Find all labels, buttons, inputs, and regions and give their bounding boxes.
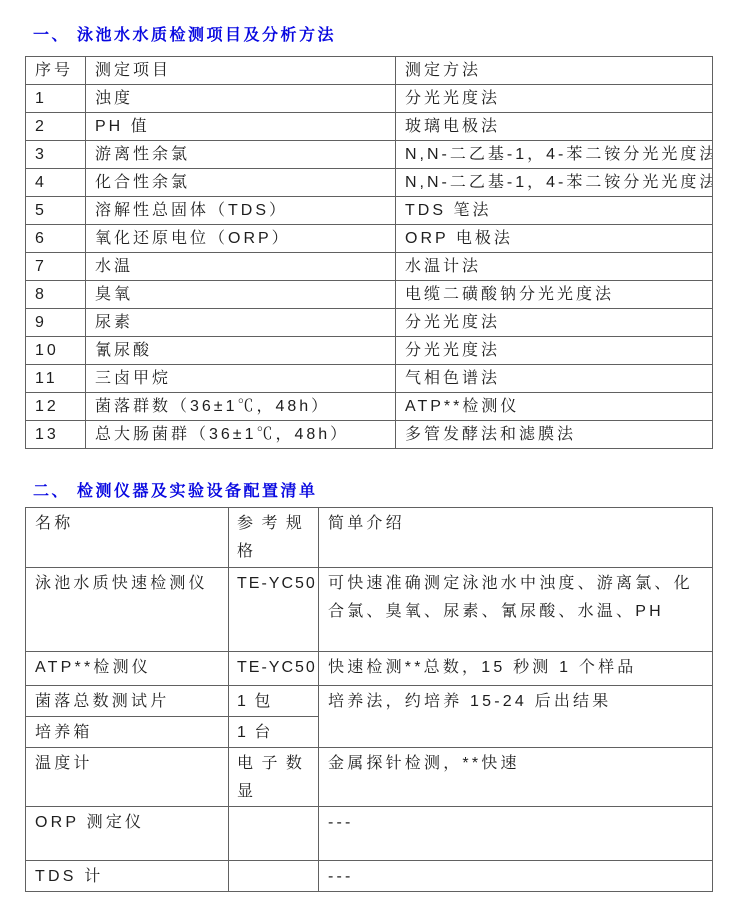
table-row: 5 溶解性总固体（TDS） TDS 笔法 — [26, 197, 713, 225]
cell-spec: TE-YC50 — [229, 652, 319, 686]
cell-intro: --- — [319, 861, 713, 892]
cell-name: 泳池水质快速检测仪 — [26, 568, 229, 652]
cell-name: ORP 测定仪 — [26, 807, 229, 861]
cell-serial: 7 — [26, 253, 86, 281]
cell-name: ATP**检测仪 — [26, 652, 229, 686]
cell-name: 菌落总数测试片 — [26, 686, 229, 717]
cell-name: TDS 计 — [26, 861, 229, 892]
cell-item: 尿素 — [86, 309, 396, 337]
table-row: 12 菌落群数（36±1℃，48h） ATP**检测仪 — [26, 393, 713, 421]
cell-item: 溶解性总固体（TDS） — [86, 197, 396, 225]
cell-serial: 10 — [26, 337, 86, 365]
col-header-serial: 序号 — [26, 57, 86, 85]
cell-item: 游离性余氯 — [86, 141, 396, 169]
table-row: ORP 测定仪 --- — [26, 807, 713, 861]
cell-item: 浊度 — [86, 85, 396, 113]
cell-item: 化合性余氯 — [86, 169, 396, 197]
cell-method: N,N-二乙基-1，4-苯二铵分光光度法 — [396, 141, 713, 169]
cell-spec — [229, 807, 319, 861]
cell-spec: 电 子 数 显 — [229, 748, 319, 807]
cell-item: 氧化还原电位（ORP） — [86, 225, 396, 253]
table-row: TDS 计 --- — [26, 861, 713, 892]
cell-intro: 可快速准确测定泳池水中浊度、游离氯、化合氯、臭氧、尿素、氰尿酸、水温、PH — [319, 568, 713, 652]
table-row: 泳池水质快速检测仪 TE-YC50 可快速准确测定泳池水中浊度、游离氯、化合氯、… — [26, 568, 713, 652]
cell-item: 总大肠菌群（36±1℃，48h） — [86, 421, 396, 449]
cell-serial: 5 — [26, 197, 86, 225]
cell-method: TDS 笔法 — [396, 197, 713, 225]
table-row: 1 浊度 分光光度法 — [26, 85, 713, 113]
cell-serial: 2 — [26, 113, 86, 141]
cell-spec: 1 包 — [229, 686, 319, 717]
cell-serial: 12 — [26, 393, 86, 421]
table-row: 4 化合性余氯 N,N-二乙基-1，4-苯二铵分光光度法 — [26, 169, 713, 197]
cell-serial: 1 — [26, 85, 86, 113]
cell-intro-merged: 培养法，约培养 15-24 后出结果 — [319, 686, 713, 748]
cell-serial: 3 — [26, 141, 86, 169]
table-header-row: 名称 参 考 规 格 简单介绍 — [26, 508, 713, 568]
cell-serial: 6 — [26, 225, 86, 253]
cell-item: 菌落群数（36±1℃，48h） — [86, 393, 396, 421]
cell-serial: 8 — [26, 281, 86, 309]
col-header-intro: 简单介绍 — [319, 508, 713, 568]
cell-item: PH 值 — [86, 113, 396, 141]
cell-method: 水温计法 — [396, 253, 713, 281]
water-quality-methods-table: 序号 测定项目 测定方法 1 浊度 分光光度法 2 PH 值 玻璃电极法 3 游… — [25, 56, 713, 449]
cell-item: 氰尿酸 — [86, 337, 396, 365]
col-header-item: 测定项目 — [86, 57, 396, 85]
cell-intro: --- — [319, 807, 713, 861]
table-row: 6 氧化还原电位（ORP） ORP 电极法 — [26, 225, 713, 253]
table-row: 8 臭氧 电缆二磺酸钠分光光度法 — [26, 281, 713, 309]
cell-method: 气相色谱法 — [396, 365, 713, 393]
cell-spec — [229, 861, 319, 892]
cell-method: 分光光度法 — [396, 309, 713, 337]
table-row: 菌落总数测试片 1 包 培养法，约培养 15-24 后出结果 — [26, 686, 713, 717]
cell-item: 水温 — [86, 253, 396, 281]
cell-spec: 1 台 — [229, 717, 319, 748]
table-header-row: 序号 测定项目 测定方法 — [26, 57, 713, 85]
cell-serial: 13 — [26, 421, 86, 449]
cell-intro: 快速检测**总数，15 秒测 1 个样品 — [319, 652, 713, 686]
cell-method: 多管发酵法和滤膜法 — [396, 421, 713, 449]
table-row: 11 三卤甲烷 气相色谱法 — [26, 365, 713, 393]
cell-method: 分光光度法 — [396, 85, 713, 113]
section2-title: 二、 检测仪器及实验设备配置清单 — [33, 482, 738, 502]
equipment-list-table: 名称 参 考 规 格 简单介绍 泳池水质快速检测仪 TE-YC50 可快速准确测… — [25, 507, 713, 892]
table-row: 3 游离性余氯 N,N-二乙基-1，4-苯二铵分光光度法 — [26, 141, 713, 169]
table-row: 9 尿素 分光光度法 — [26, 309, 713, 337]
cell-method: N,N-二乙基-1，4-苯二铵分光光度法 — [396, 169, 713, 197]
cell-spec: TE-YC50 — [229, 568, 319, 652]
cell-method: ORP 电极法 — [396, 225, 713, 253]
document-page: 一、 泳池水水质检测项目及分析方法 序号 测定项目 测定方法 1 浊度 分光光度… — [0, 0, 738, 892]
cell-method: 电缆二磺酸钠分光光度法 — [396, 281, 713, 309]
cell-item: 臭氧 — [86, 281, 396, 309]
cell-name: 培养箱 — [26, 717, 229, 748]
cell-name: 温度计 — [26, 748, 229, 807]
cell-intro: 金属探针检测，**快速 — [319, 748, 713, 807]
table-row: 温度计 电 子 数 显 金属探针检测，**快速 — [26, 748, 713, 807]
table-row: 7 水温 水温计法 — [26, 253, 713, 281]
section1-title: 一、 泳池水水质检测项目及分析方法 — [33, 26, 738, 46]
cell-serial: 11 — [26, 365, 86, 393]
table-row: ATP**检测仪 TE-YC50 快速检测**总数，15 秒测 1 个样品 — [26, 652, 713, 686]
cell-item: 三卤甲烷 — [86, 365, 396, 393]
col-header-spec: 参 考 规 格 — [229, 508, 319, 568]
table-row: 10 氰尿酸 分光光度法 — [26, 337, 713, 365]
col-header-name: 名称 — [26, 508, 229, 568]
cell-method: ATP**检测仪 — [396, 393, 713, 421]
col-header-method: 测定方法 — [396, 57, 713, 85]
cell-serial: 9 — [26, 309, 86, 337]
cell-method: 玻璃电极法 — [396, 113, 713, 141]
table-row: 13 总大肠菌群（36±1℃，48h） 多管发酵法和滤膜法 — [26, 421, 713, 449]
table-row: 2 PH 值 玻璃电极法 — [26, 113, 713, 141]
cell-serial: 4 — [26, 169, 86, 197]
cell-method: 分光光度法 — [396, 337, 713, 365]
